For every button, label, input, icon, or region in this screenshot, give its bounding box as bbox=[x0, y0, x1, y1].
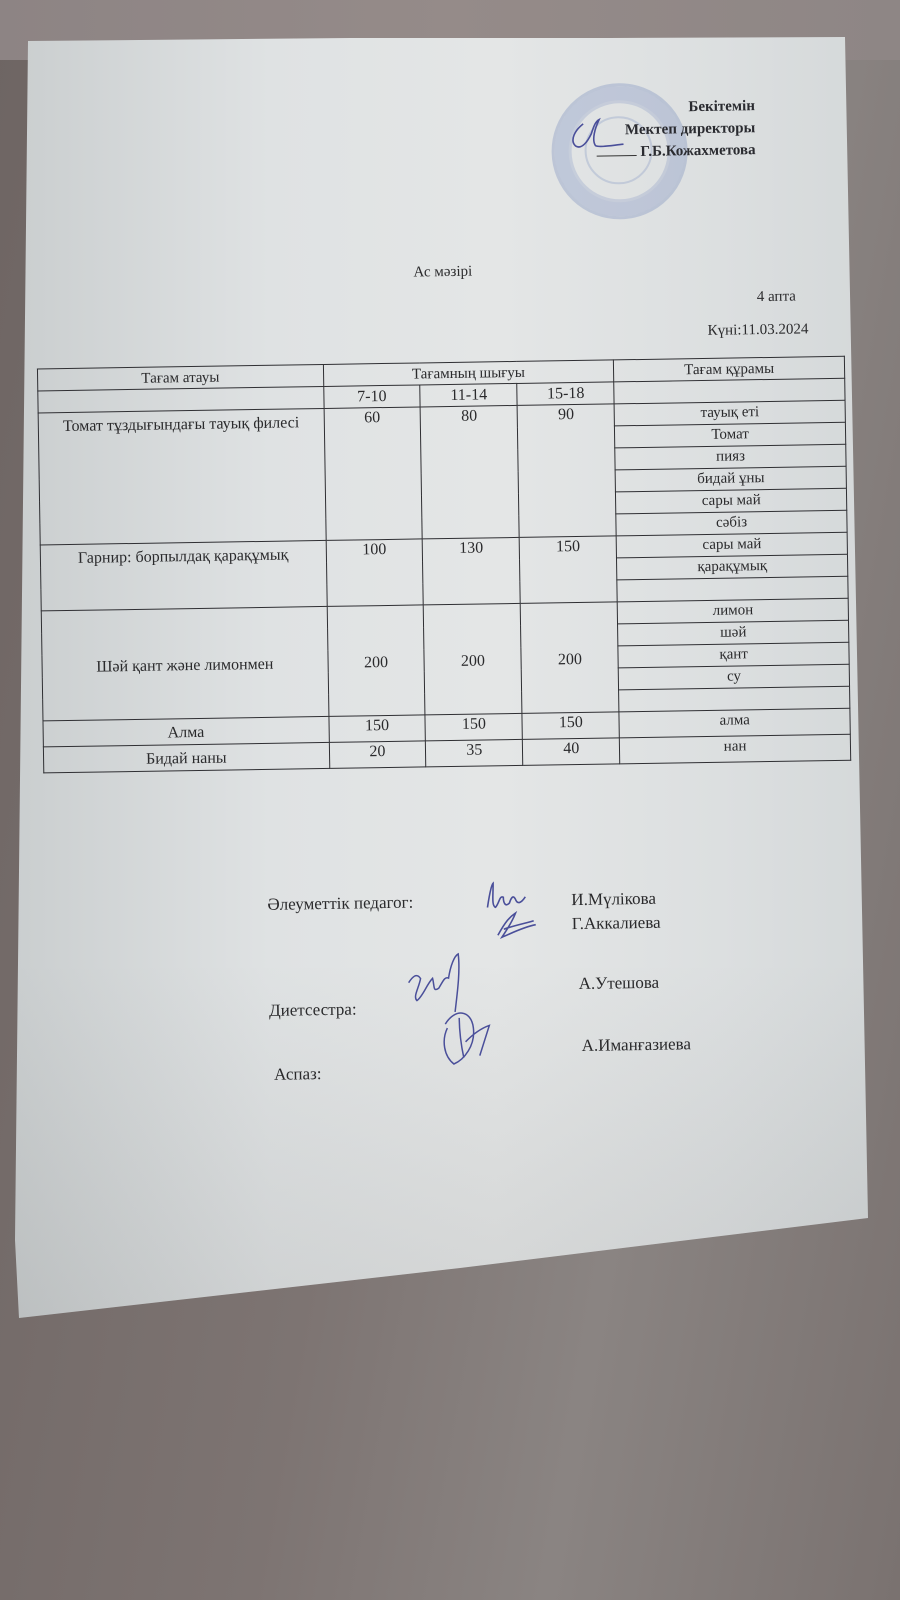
portion-value: 200 bbox=[424, 603, 523, 715]
cook-label: Аспаз: bbox=[274, 1064, 322, 1085]
signature-line bbox=[596, 155, 636, 157]
date-label: Күні:11.03.2024 bbox=[707, 321, 808, 340]
portion-value: 35 bbox=[426, 739, 523, 767]
approval-line-director-name: Г.Б.Кожахметова bbox=[596, 139, 756, 163]
menu-table: Тағам атауыТағамның шығуыТағам құрамы7-1… bbox=[37, 356, 851, 774]
social-pedagogue-name-1: И.Мүлікова bbox=[571, 889, 656, 910]
social-pedagogue-signature-icon bbox=[475, 876, 556, 947]
portion-value: 150 bbox=[425, 713, 522, 741]
dish-name: Шәй қант және лимонмен bbox=[41, 606, 328, 720]
cook-name: А.Иманғазиева bbox=[581, 1034, 691, 1056]
portion-value: 60 bbox=[324, 407, 423, 541]
ingredient: нан bbox=[620, 734, 851, 764]
dish-name: Гарнир: борпылдақ қарақұмық bbox=[40, 540, 327, 610]
portion-value: 90 bbox=[517, 404, 616, 538]
director-name: Г.Б.Кожахметова bbox=[640, 142, 755, 160]
dietitian-signature-icon bbox=[398, 951, 520, 1073]
portion-value: 150 bbox=[328, 715, 425, 743]
portion-value: 200 bbox=[327, 605, 426, 717]
approval-line-approved: Бекітемін bbox=[596, 95, 756, 119]
social-pedagogue-label: Әлеуметтік педагог: bbox=[267, 893, 413, 915]
document-title: Ас мәзірі bbox=[413, 264, 472, 282]
portion-value: 200 bbox=[521, 602, 620, 714]
portion-value: 130 bbox=[423, 537, 521, 605]
ingredient: алма bbox=[619, 708, 850, 738]
dietitian-name: А.Утешова bbox=[579, 973, 660, 994]
portion-value: 150 bbox=[519, 536, 617, 604]
portion-value: 20 bbox=[329, 741, 426, 769]
portion-value: 40 bbox=[523, 738, 620, 766]
social-pedagogue-name-2: Г.Аккалиева bbox=[572, 913, 661, 934]
document-content: Бекітемін Мектеп директоры Г.Б.Кожахмето… bbox=[0, 0, 900, 1307]
header-age-group: 7-10 bbox=[323, 385, 420, 409]
header-age-group: 11-14 bbox=[420, 383, 517, 407]
approval-line-position: Мектеп директоры bbox=[596, 117, 756, 141]
dish-name: Бидай наны bbox=[43, 742, 329, 772]
portion-value: 100 bbox=[326, 539, 424, 607]
approval-block: Бекітемін Мектеп директоры Г.Б.Кожахмето… bbox=[596, 95, 756, 163]
portion-value: 150 bbox=[522, 712, 619, 740]
week-label: 4 апта bbox=[757, 289, 796, 307]
dish-name: Томат тұздығындағы тауық филесі bbox=[38, 408, 326, 544]
header-age-group: 15-18 bbox=[517, 382, 614, 406]
dietitian-label: Диетсестра: bbox=[269, 1000, 357, 1021]
portion-value: 80 bbox=[421, 405, 520, 539]
